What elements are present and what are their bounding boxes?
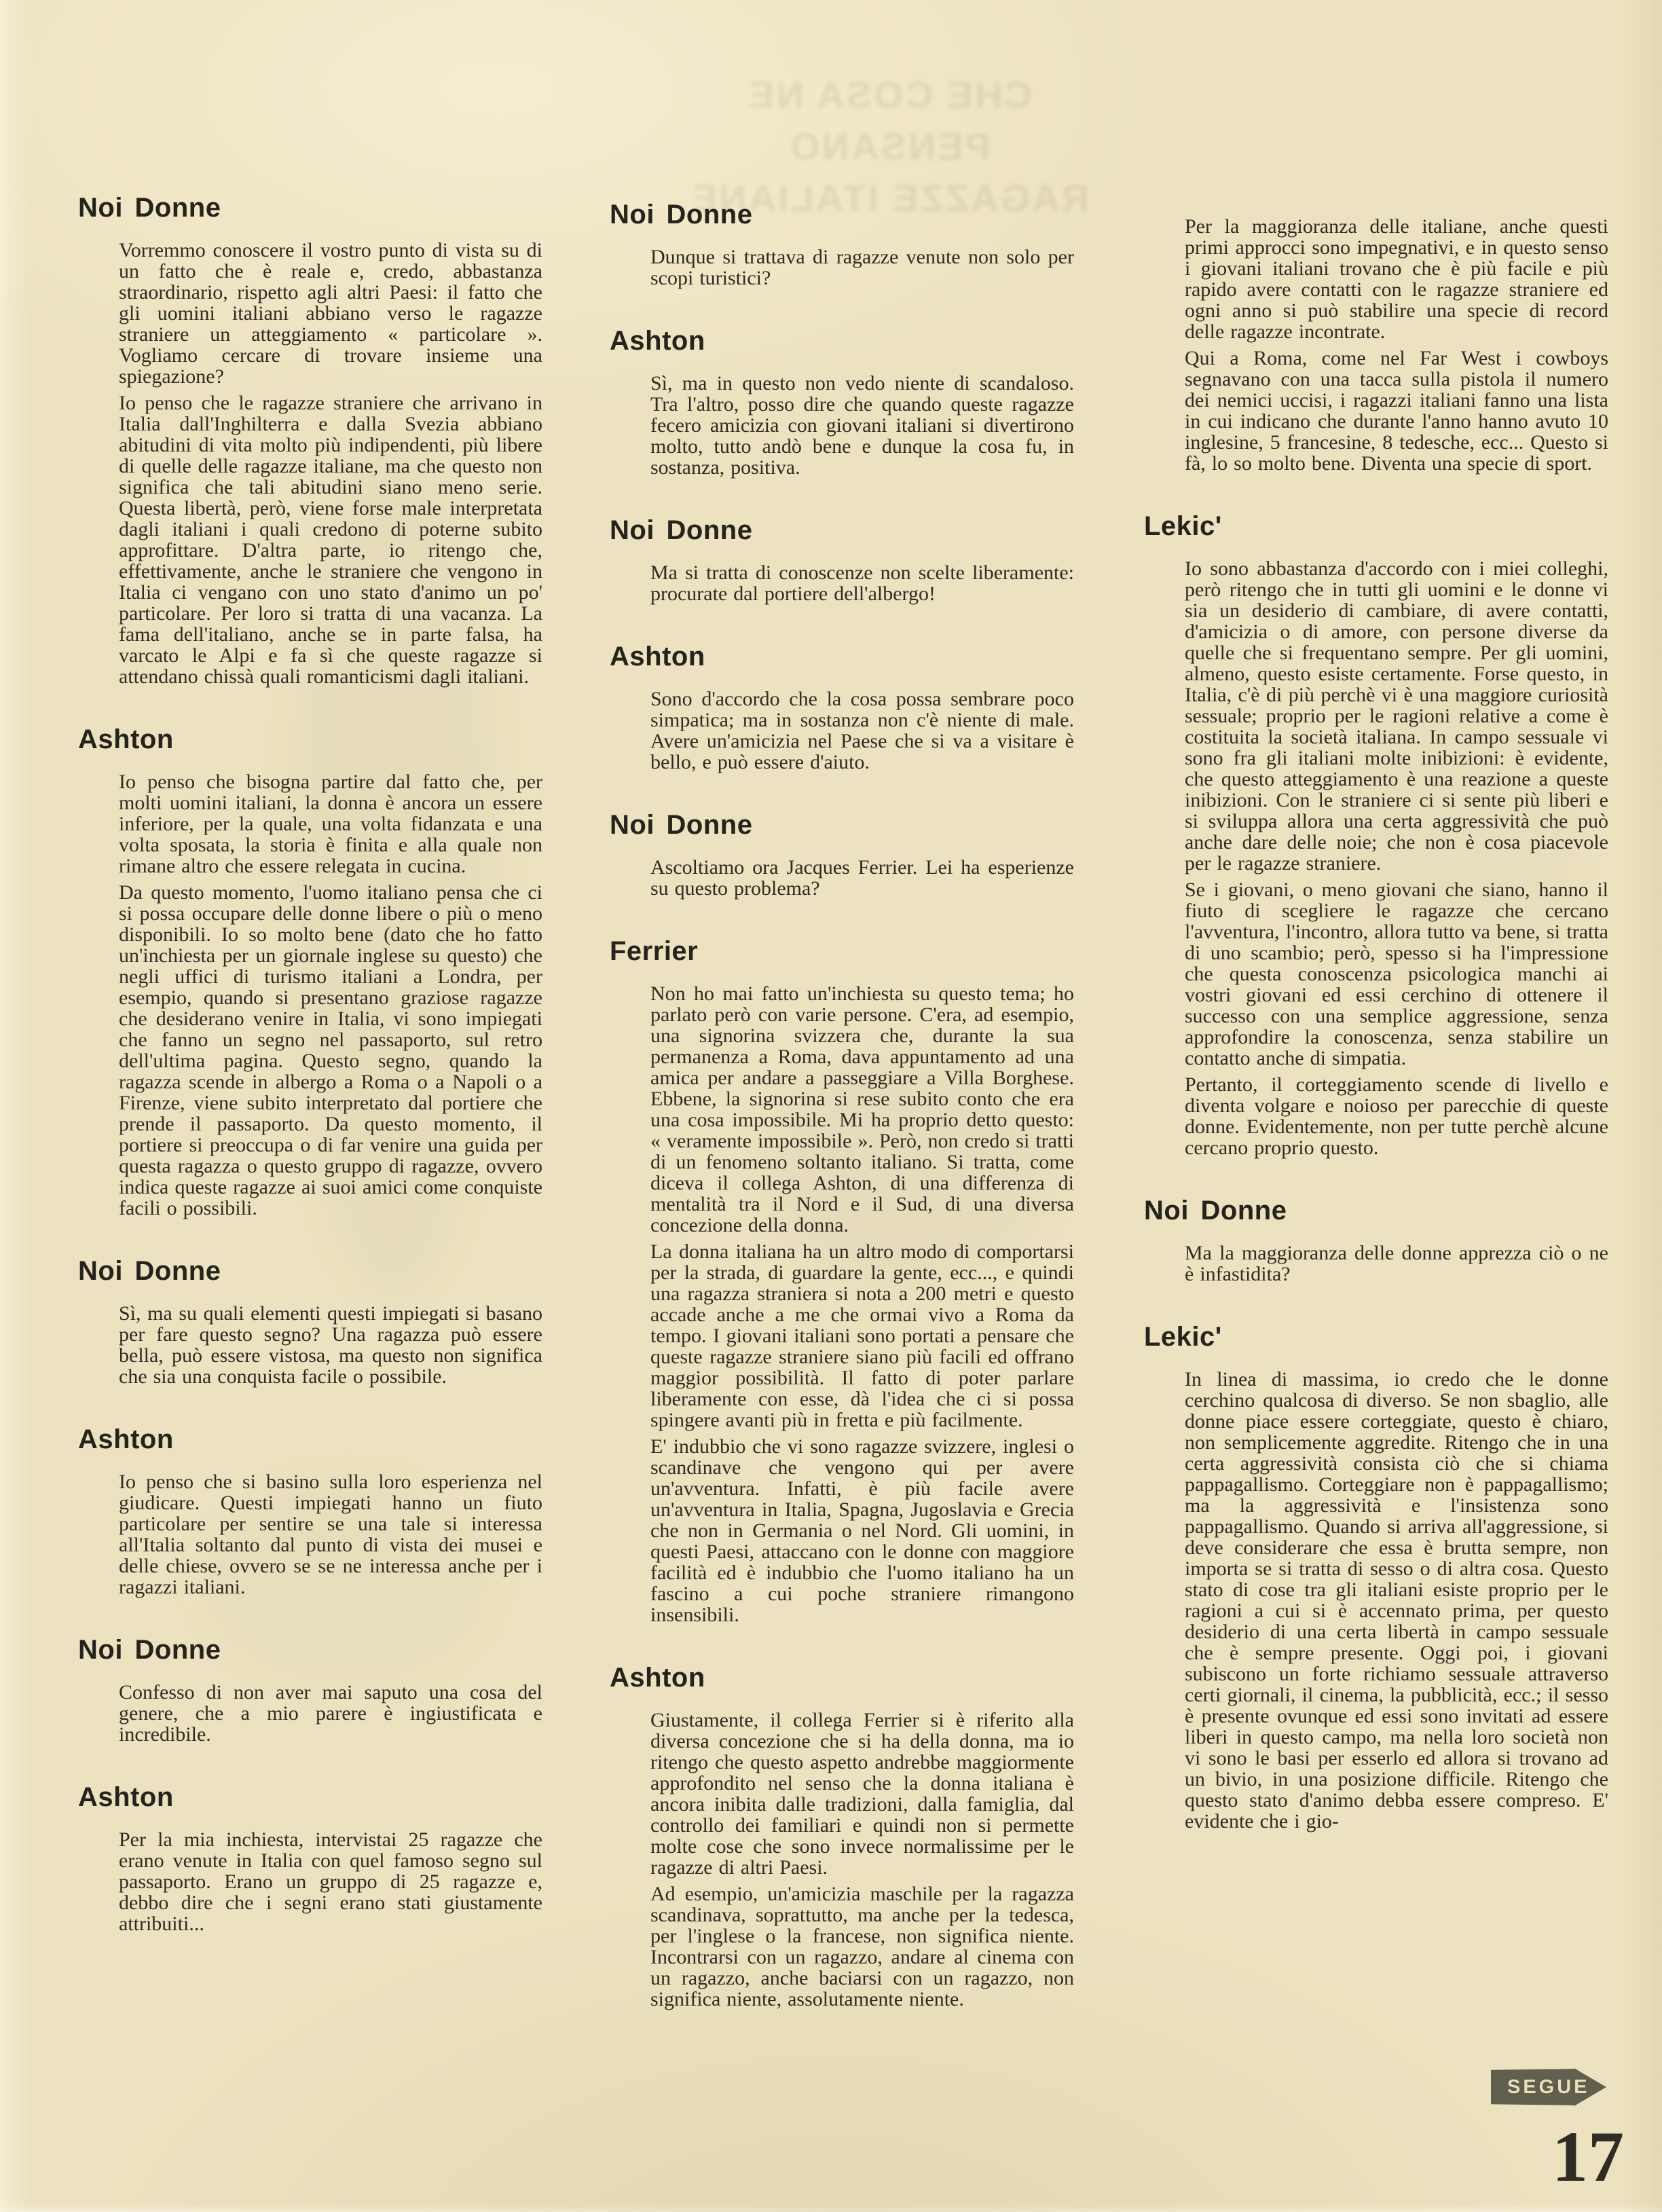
speaker-label: Noi Donne xyxy=(78,1255,553,1287)
interview-paragraph: Per la maggioranza delle italiane, anche… xyxy=(1185,216,1608,342)
interview-paragraph: Io penso che si basino sulla loro esperi… xyxy=(119,1471,542,1598)
text-column-left: Noi DonneVorremmo conoscere il vostro pu… xyxy=(78,192,553,1940)
speaker-label: Ashton xyxy=(78,1782,553,1813)
speaker-label: Ashton xyxy=(610,1662,1085,1693)
interview-paragraph: Se i giovani, o meno giovani che siano, … xyxy=(1185,879,1608,1069)
page-number: 17 xyxy=(1552,2121,1624,2193)
interview-paragraph: Per la mia inchiesta, intervistai 25 rag… xyxy=(119,1829,542,1934)
interview-paragraph: Confesso di non aver mai saputo una cosa… xyxy=(119,1682,542,1745)
speaker-label: Lekic' xyxy=(1144,511,1619,542)
speaker-label: Noi Donne xyxy=(78,192,553,223)
interview-paragraph: In linea di massima, io credo che le don… xyxy=(1185,1369,1608,1832)
interview-paragraph: Io penso che bisogna partire dal fatto c… xyxy=(119,771,542,877)
interview-paragraph: Sì, ma su quali elementi questi impiegat… xyxy=(119,1303,542,1387)
interview-paragraph: Pertanto, il corteggiamento scende di li… xyxy=(1185,1074,1608,1158)
interview-paragraph: Io penso che le ragazze straniere che ar… xyxy=(119,392,542,687)
interview-paragraph: Da questo momento, l'uomo italiano pensa… xyxy=(119,882,542,1219)
speaker-label: Noi Donne xyxy=(1144,1195,1619,1226)
bleedthrough-line: CHE COSA NE PENSANO xyxy=(689,69,1090,172)
segue-arrow-icon: SEGUE xyxy=(1491,2068,1606,2106)
magazine-page: CHE COSA NE PENSANO RAGAZZE ITALIANE Noi… xyxy=(0,0,1662,2212)
text-column-center: Noi DonneDunque si trattava di ragazze v… xyxy=(610,199,1085,2015)
interview-paragraph: Giustamente, il collega Ferrier si è rif… xyxy=(650,1710,1074,1878)
speaker-label: Lekic' xyxy=(1144,1321,1619,1352)
speaker-label: Noi Donne xyxy=(610,809,1085,841)
speaker-label: Ashton xyxy=(610,325,1085,356)
speaker-label: Noi Donne xyxy=(610,515,1085,546)
speaker-label: Ashton xyxy=(78,1424,553,1455)
interview-paragraph: Ma si tratta di conoscenze non scelte li… xyxy=(650,562,1074,604)
interview-paragraph: Ad esempio, un'amicizia maschile per la … xyxy=(650,1883,1074,2010)
interview-paragraph: Io sono abbastanza d'accordo con i miei … xyxy=(1185,558,1608,874)
text-column-right: Per la maggioranza delle italiane, anche… xyxy=(1144,216,1619,1837)
interview-paragraph: La donna italiana ha un altro modo di co… xyxy=(650,1241,1074,1431)
interview-paragraph: Sì, ma in questo non vedo niente di scan… xyxy=(650,373,1074,478)
interview-paragraph: Dunque si trattava di ragazze venute non… xyxy=(650,246,1074,289)
speaker-label: Noi Donne xyxy=(610,199,1085,230)
speaker-label: Ferrier xyxy=(610,936,1085,967)
interview-paragraph: Vorremmo conoscere il vostro punto di vi… xyxy=(119,240,542,387)
interview-paragraph: Ascoltiamo ora Jacques Ferrier. Lei ha e… xyxy=(650,857,1074,899)
interview-paragraph: Sono d'accordo che la cosa possa sembrar… xyxy=(650,688,1074,773)
segue-label: SEGUE xyxy=(1507,2076,1590,2099)
speaker-label: Noi Donne xyxy=(78,1634,553,1665)
interview-paragraph: Ma la maggioranza delle donne apprezza c… xyxy=(1185,1242,1608,1285)
interview-paragraph: E' indubbio che vi sono ragazze svizzere… xyxy=(650,1436,1074,1625)
speaker-label: Ashton xyxy=(78,724,553,755)
speaker-label: Ashton xyxy=(610,641,1085,672)
interview-paragraph: Qui a Roma, come nel Far West i cowboys … xyxy=(1185,348,1608,474)
interview-paragraph: Non ho mai fatto un'inchiesta su questo … xyxy=(650,983,1074,1236)
